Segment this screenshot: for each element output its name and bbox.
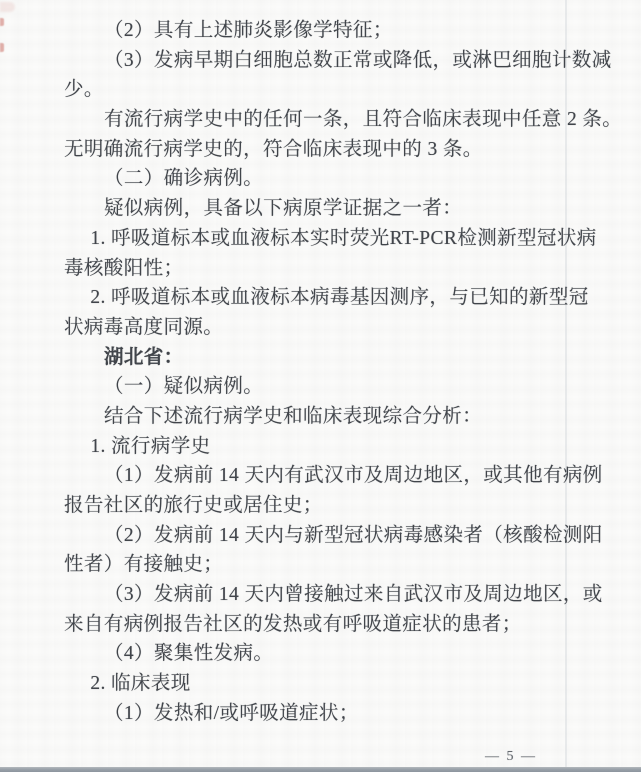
scan-smudge-topleft — [0, 2, 15, 12]
doc-line: 结合下述流行病学史和临床表现综合分析： — [64, 402, 580, 432]
doc-line: 1. 呼吸道标本或血液标本实时荧光RT-PCR检测新型冠状病 — [64, 224, 580, 254]
section-heading-confirmed-case: （二）确诊病例。 — [64, 164, 580, 194]
doc-line: 性者）有接触史； — [64, 550, 580, 580]
doc-line: 报告社区的旅行史或居住史； — [64, 491, 580, 521]
doc-line: 来自有病例报告社区的发热或有呼吸道症状的患者； — [64, 610, 580, 640]
section-heading-hubei: 湖北省： — [64, 343, 580, 373]
doc-line: （3）发病前 14 天内曾接触过来自武汉市及周边地区，或 — [64, 580, 580, 610]
doc-line: 1. 流行病学史 — [64, 432, 580, 462]
page-number: — 5 — — [476, 749, 546, 765]
doc-line: （2）具有上述肺炎影像学特征； — [64, 16, 580, 46]
doc-line: （1）发热和/或呼吸道症状； — [64, 699, 580, 729]
scanned-document-page: （2）具有上述肺炎影像学特征； （3）发病早期白细胞总数正常或降低，或淋巴细胞计… — [0, 0, 641, 772]
section-heading-suspected-case: （一）疑似病例。 — [64, 372, 580, 402]
scan-red-mark-2 — [0, 43, 4, 52]
document-text-block: （2）具有上述肺炎影像学特征； （3）发病早期白细胞总数正常或降低，或淋巴细胞计… — [64, 16, 580, 729]
doc-line: 少。 — [64, 75, 580, 105]
doc-line: 2. 呼吸道标本或血液标本病毒基因测序，与已知的新型冠 — [64, 283, 580, 313]
scan-red-mark-1 — [0, 18, 4, 26]
doc-line: 无明确流行病学史的，符合临床表现中的 3 条。 — [64, 135, 580, 165]
doc-line: 疑似病例，具备以下病原学证据之一者： — [64, 194, 580, 224]
doc-line: （3）发病早期白细胞总数正常或降低，或淋巴细胞计数减 — [64, 46, 580, 76]
page-bottom-edge — [0, 767, 641, 772]
doc-line: 2. 临床表现 — [64, 669, 580, 699]
doc-line: （4）聚集性发病。 — [64, 639, 580, 669]
doc-line: （2）发病前 14 天内与新型冠状病毒感染者（核酸检测阳 — [64, 521, 580, 551]
doc-line: 毒核酸阳性； — [64, 254, 580, 284]
doc-line: 有流行病学史中的任何一条，且符合临床表现中任意 2 条。 — [64, 105, 580, 135]
doc-line: 状病毒高度同源。 — [64, 313, 580, 343]
doc-line: （1）发病前 14 天内有武汉市及周边地区，或其他有病例 — [64, 461, 580, 491]
